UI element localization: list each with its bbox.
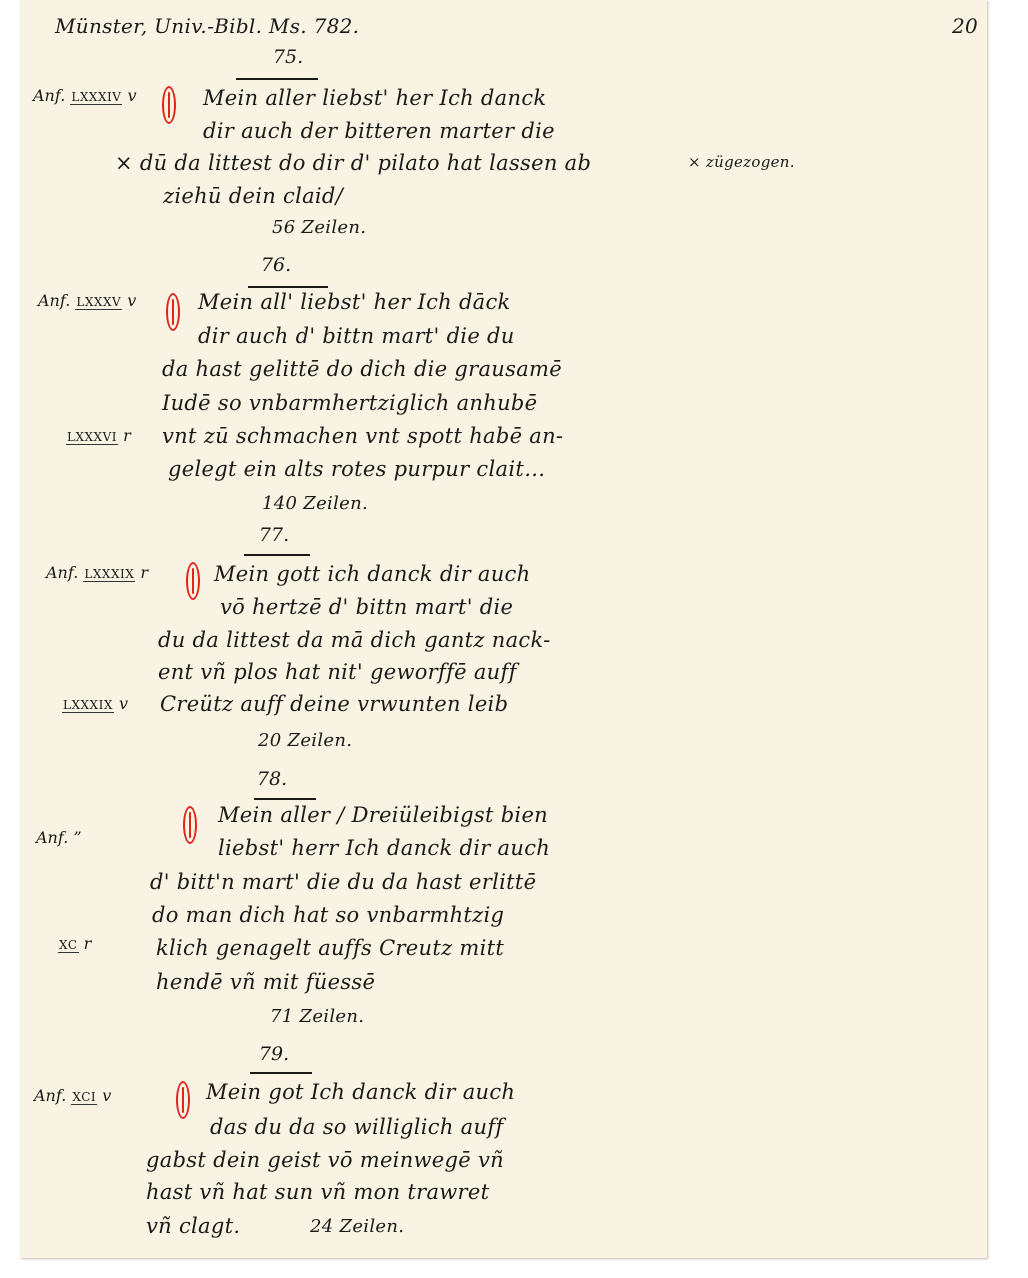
- text-line: d' bitt'n mart' die du da hast erlittē: [150, 870, 536, 894]
- margin-label-side: v: [119, 694, 128, 713]
- text-line: Mein aller liebst' her Ich danck: [203, 86, 546, 110]
- text-line: dir auch d' bittn mart' die du: [198, 324, 515, 348]
- text-line: Iudē so vnbarmhertziglich anhubē: [162, 391, 537, 415]
- text-line: Mein gott ich danck dir auch: [214, 562, 530, 586]
- line-count: 20 Zeilen.: [258, 729, 352, 753]
- text-line: klich genagelt auffs Creutz mitt: [156, 936, 504, 960]
- text-line: Mein aller / Dreiüleibigst bien: [218, 803, 548, 827]
- margin-label-side: r: [84, 934, 92, 953]
- section-number: 78.: [232, 768, 312, 790]
- text-line: vñ clagt.: [146, 1214, 240, 1238]
- line-count: 71 Zeilen.: [270, 1005, 364, 1029]
- section-number: 76.: [236, 254, 316, 276]
- line-count: 140 Zeilen.: [262, 492, 368, 516]
- line-count: 24 Zeilen.: [310, 1215, 404, 1239]
- section-number: 75.: [248, 46, 328, 68]
- margin-label: Anf. LXXXIV v: [33, 86, 137, 105]
- text-line: Creütz auff deine vrwunten leib: [160, 692, 508, 716]
- text-line: du da littest da mā dich gantz nack-: [158, 628, 551, 652]
- margin-label-side: r: [140, 563, 148, 582]
- line-count: 56 Zeilen.: [272, 216, 366, 240]
- text-line: × dū da littest do dir d' pilato hat las…: [115, 151, 591, 175]
- margin-label-folio: LXXXIV: [70, 90, 122, 105]
- text-line: vō hertzē d' bittn mart' die: [220, 595, 513, 619]
- text-line: Mein got Ich danck dir auch: [206, 1080, 515, 1104]
- text-line: vnt zū schmachen vnt spott habē an-: [162, 424, 563, 448]
- margin-label-secondary: LXXXVI r: [66, 426, 131, 445]
- red-initial-icon: [176, 1081, 190, 1119]
- text-line: gelegt ein alts rotes purpur clait…: [168, 457, 545, 481]
- text-line: das du da so williglich auff: [210, 1115, 503, 1139]
- margin-label-secondary: XC r: [58, 934, 91, 953]
- margin-label: Anf. XCI v: [34, 1086, 111, 1105]
- text-line: hast vñ hat sun vñ mon trawret: [146, 1180, 489, 1204]
- margin-label-prefix: Anf.: [38, 291, 70, 310]
- text-line: ziehū dein claid/: [163, 184, 343, 208]
- section-number: 79.: [234, 1043, 314, 1065]
- text-line: Mein all' liebst' her Ich dāck: [198, 290, 511, 314]
- margin-label: Anf. ”: [36, 828, 82, 847]
- red-initial-icon: [183, 806, 197, 844]
- section-number-rule: [250, 1072, 312, 1074]
- text-line: do man dich hat so vnbarmhtzig: [152, 903, 504, 927]
- red-initial-icon: [166, 293, 180, 331]
- margin-label-prefix: Anf.: [33, 86, 65, 105]
- text-line: da hast gelittē do dich die grausamē: [162, 357, 562, 381]
- text-line: hendē vñ mit füessē: [156, 970, 375, 994]
- text-line: liebst' herr Ich danck dir auch: [218, 836, 550, 860]
- red-initial-icon: [186, 562, 200, 600]
- section-number-rule: [254, 798, 316, 800]
- marginal-note: × zügezogen.: [688, 150, 795, 174]
- section-number-rule: [244, 554, 310, 556]
- section-number: 77.: [234, 524, 314, 546]
- margin-label-side: v: [128, 86, 137, 105]
- margin-label: Anf. LXXXV v: [38, 291, 136, 310]
- text-line: gabst dein geist vō meinwegē vñ: [146, 1148, 504, 1172]
- section-number-rule: [236, 78, 318, 80]
- margin-label-folio: LXXXVI: [66, 430, 118, 445]
- text-line: ent vñ plos hat nit' geworffē auff: [158, 660, 517, 684]
- page-header: Münster, Univ.-Bibl. Ms. 782.: [55, 14, 359, 38]
- margin-label-secondary: LXXXIX v: [62, 694, 128, 713]
- section-number-rule: [248, 286, 328, 288]
- page-number: 20: [952, 14, 978, 38]
- margin-label-side: v: [102, 1086, 111, 1105]
- margin-label-folio: LXXXV: [75, 295, 122, 310]
- margin-label: Anf. LXXXIX r: [46, 563, 148, 582]
- margin-label-ditto: ”: [73, 828, 81, 847]
- red-initial-icon: [162, 86, 176, 124]
- margin-label-folio: XCI: [71, 1090, 97, 1105]
- margin-label-prefix: Anf.: [34, 1086, 66, 1105]
- margin-label-side: r: [123, 426, 131, 445]
- margin-label-prefix: Anf.: [36, 828, 68, 847]
- margin-label-prefix: Anf.: [46, 563, 78, 582]
- margin-label-folio: LXXXIX: [62, 698, 114, 713]
- text-line: dir auch der bitteren marter die: [203, 119, 555, 143]
- margin-label-side: v: [127, 291, 136, 310]
- margin-label-folio: XC: [58, 938, 79, 953]
- margin-label-folio: LXXXIX: [83, 567, 135, 582]
